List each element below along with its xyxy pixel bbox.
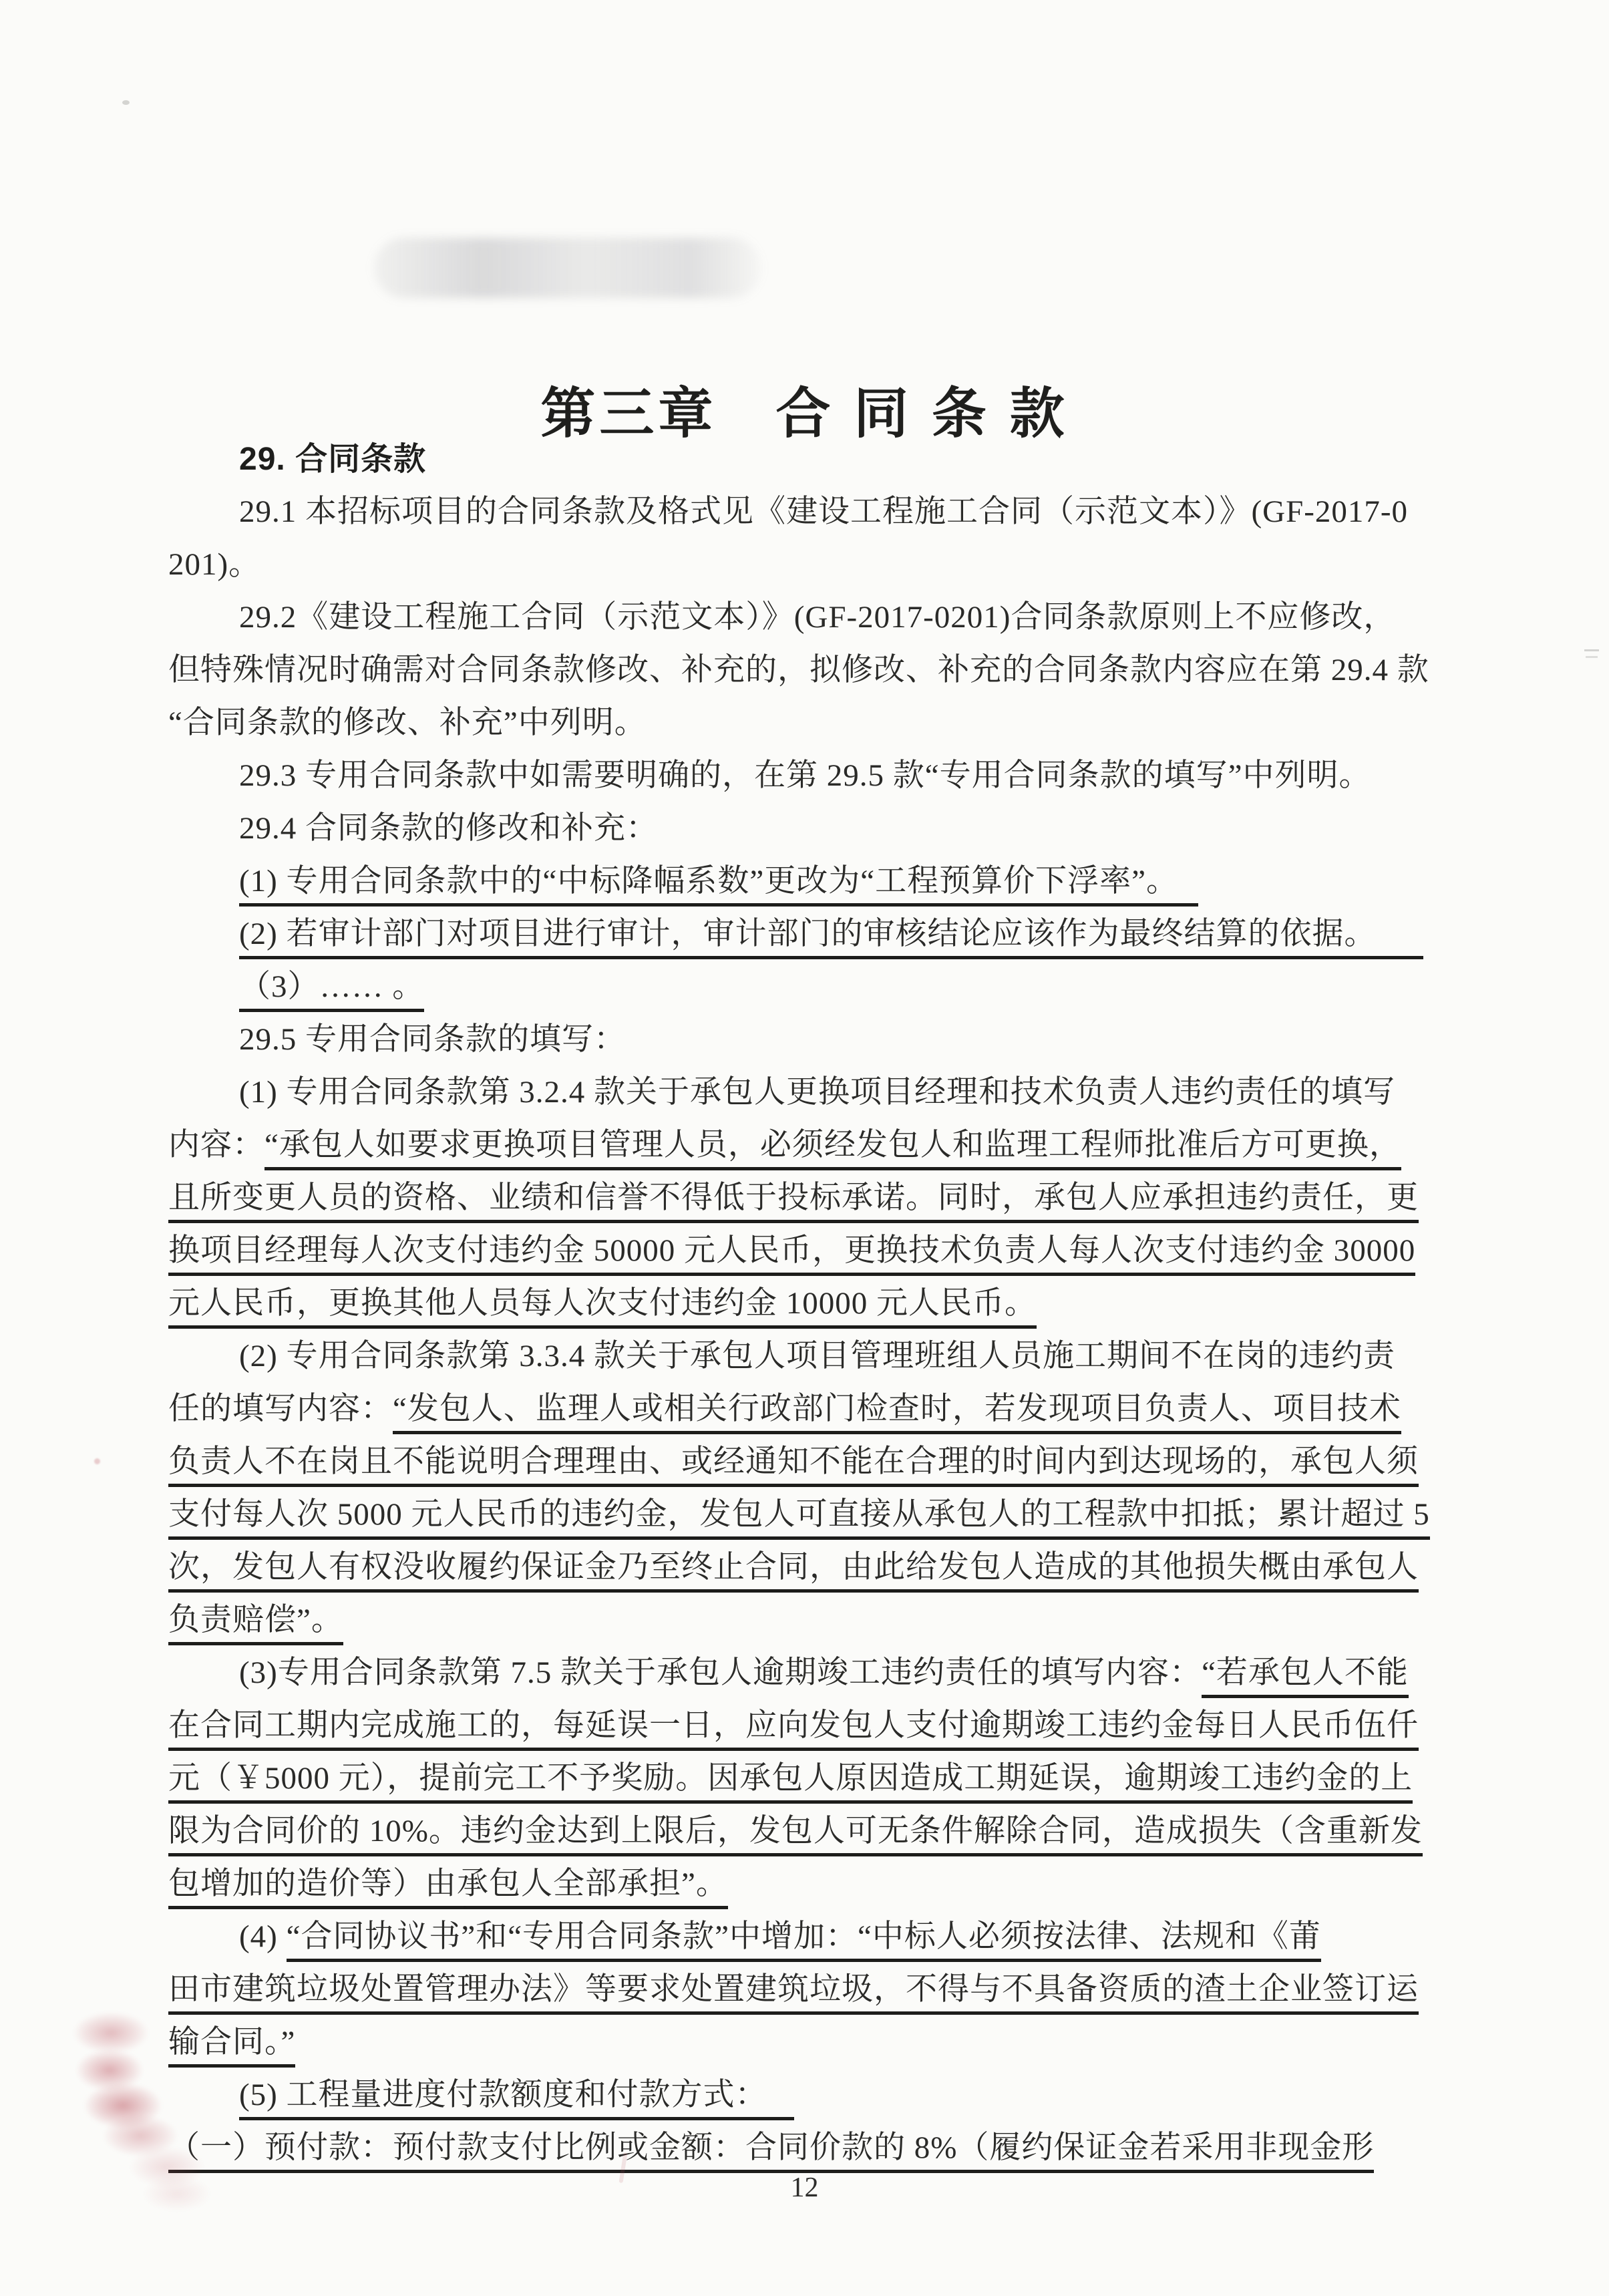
text-line: (2) 专用合同条款第 3.3.4 款关于承包人项目管理班组人员施工期间不在岗的… bbox=[168, 1330, 1503, 1383]
text-line: 29.3 专用合同条款中如需要明确的，在第 29.5 款“专用合同条款的填写”中… bbox=[168, 750, 1503, 802]
document-body: 29. 合同条款29.1 本招标项目的合同条款及格式见《建设工程施工合同（示范文… bbox=[168, 433, 1503, 2174]
text-line: 次，发包人有权没收履约保证金乃至终止合同，由此给发包人造成的其他损失概由承包人 bbox=[168, 1541, 1503, 1594]
underlined-text: 包增加的造价等）由承包人全部承担”。 bbox=[168, 1866, 728, 1909]
scan-speck bbox=[122, 100, 130, 105]
text-segment: (4) bbox=[239, 1919, 287, 1954]
text-segment: 内容： bbox=[168, 1128, 264, 1162]
text-line: 在合同工期内完成施工的，每延误一日，应向发包人支付逾期竣工违约金每日人民币伍仟 bbox=[168, 1699, 1503, 1752]
text-segment: 201)。 bbox=[168, 547, 260, 582]
text-line: 元（￥5000 元），提前完工不予奖励。因承包人原因造成工期延误，逾期竣工违约金… bbox=[168, 1752, 1503, 1805]
scan-speck bbox=[1584, 649, 1599, 651]
underlined-text: “合同协议书”和“专用合同条款”中增加：“中标人必须按法律、法规和《莆 bbox=[287, 1919, 1321, 1962]
text-line: 田市建筑垃圾处置管理办法》等要求处置建筑垃圾，不得与不具备资质的渣土企业签订运 bbox=[168, 1963, 1503, 2016]
text-segment: (1) 专用合同条款第 3.2.4 款关于承包人更换项目经理和技术负责人违约责任… bbox=[239, 1075, 1395, 1110]
text-line: (2) 若审计部门对项目进行审计，审计部门的审核结论应该作为最终结算的依据。 bbox=[168, 908, 1503, 961]
text-segment: 任的填写内容： bbox=[168, 1391, 393, 1426]
text-line: 负责赔偿”。 bbox=[168, 1594, 1503, 1647]
underlined-text: 负责人不在岗且不能说明合理理由、或经通知不能在合理的时间内到达现场的，承包人须 bbox=[168, 1444, 1419, 1487]
scan-smudge-watermark bbox=[374, 238, 761, 298]
text-line: 限为合同价的 10%。违约金达到上限后，发包人可无条件解除合同，造成损失（含重新… bbox=[168, 1805, 1503, 1858]
underlined-text: 元人民币，更换其他人员每人次支付违约金 10000 元人民币。 bbox=[168, 1286, 1037, 1329]
text-line: （3）…… 。 bbox=[168, 961, 1503, 1013]
underlined-text: 限为合同价的 10%。违约金达到上限后，发包人可无条件解除合同，造成损失（含重新… bbox=[168, 1814, 1423, 1856]
underlined-text: （3）…… 。 bbox=[239, 969, 424, 1012]
text-line: (1) 专用合同条款第 3.2.4 款关于承包人更换项目经理和技术负责人违约责任… bbox=[168, 1066, 1503, 1119]
underlined-text: 元（￥5000 元），提前完工不予奖励。因承包人原因造成工期延误，逾期竣工违约金… bbox=[168, 1761, 1413, 1804]
document-page: 第三章 合 同 条 款 29. 合同条款29.1 本招标项目的合同条款及格式见《… bbox=[0, 0, 1609, 2296]
text-line: 29.1 本招标项目的合同条款及格式见《建设工程施工合同（示范文本）》(GF-2… bbox=[168, 486, 1503, 538]
scan-speck bbox=[94, 1458, 100, 1464]
text-line: (4) “合同协议书”和“专用合同条款”中增加：“中标人必须按法律、法规和《莆 bbox=[168, 1911, 1503, 1963]
stamp-blob bbox=[73, 2012, 148, 2054]
text-line: 任的填写内容：“发包人、监理人或相关行政部门检查时，若发现项目负责人、项目技术 bbox=[168, 1383, 1503, 1436]
text-segment: (2) 专用合同条款第 3.3.4 款关于承包人项目管理班组人员施工期间不在岗的… bbox=[239, 1339, 1395, 1373]
text-line: 换项目经理每人次支付违约金 50000 元人民币，更换技术负责人每人次支付违约金… bbox=[168, 1224, 1503, 1277]
underlined-text: “承包人如要求更换项目管理人员，必须经发包人和监理工程师批准后方可更换， bbox=[264, 1128, 1401, 1170]
underlined-text: 换项目经理每人次支付违约金 50000 元人民币，更换技术负责人每人次支付违约金… bbox=[168, 1233, 1415, 1276]
text-segment: 29.3 专用合同条款中如需要明确的，在第 29.5 款“专用合同条款的填写”中… bbox=[239, 758, 1371, 793]
text-line: 29. 合同条款 bbox=[168, 433, 1503, 486]
text-segment: 但特殊情况时确需对合同条款修改、补充的，拟修改、补充的合同条款内容应在第 29.… bbox=[168, 653, 1429, 687]
text-line: 29.4 合同条款的修改和补充： bbox=[168, 802, 1503, 855]
underlined-text: 负责赔偿”。 bbox=[168, 1603, 343, 1645]
text-line: “合同条款的修改、补充”中列明。 bbox=[168, 697, 1503, 750]
text-line: 且所变更人员的资格、业绩和信誉不得低于投标承诺。同时，承包人应承担违约责任，更 bbox=[168, 1172, 1503, 1224]
scan-speck bbox=[1586, 656, 1598, 658]
underlined-text: 支付每人次 5000 元人民币的违约金，发包人可直接从承包人的工程款中扣抵；累计… bbox=[168, 1497, 1430, 1540]
text-line: 29.5 专用合同条款的填写： bbox=[168, 1013, 1503, 1066]
underlined-text: (1) 专用合同条款中的“中标降幅系数”更改为“工程预算价下浮率”。 bbox=[239, 864, 1198, 907]
text-line: (1) 专用合同条款中的“中标降幅系数”更改为“工程预算价下浮率”。 bbox=[168, 855, 1503, 908]
underlined-text: 且所变更人员的资格、业绩和信誉不得低于投标承诺。同时，承包人应承担违约责任，更 bbox=[168, 1180, 1419, 1223]
text-line: 内容：“承包人如要求更换项目管理人员，必须经发包人和监理工程师批准后方可更换， bbox=[168, 1119, 1503, 1172]
text-line: (3)专用合同条款第 7.5 款关于承包人逾期竣工违约责任的填写内容：“若承包人… bbox=[168, 1647, 1503, 1699]
underlined-text: “若承包人不能 bbox=[1202, 1655, 1409, 1698]
text-line: 包增加的造价等）由承包人全部承担”。 bbox=[168, 1858, 1503, 1911]
text-line: 负责人不在岗且不能说明合理理由、或经通知不能在合理的时间内到达现场的，承包人须 bbox=[168, 1436, 1503, 1488]
underlined-text: (5) 工程量进度付款额度和付款方式： bbox=[239, 2078, 794, 2120]
underlined-text: 次，发包人有权没收履约保证金乃至终止合同，由此给发包人造成的其他损失概由承包人 bbox=[168, 1550, 1419, 1593]
text-line: 201)。 bbox=[168, 538, 1503, 591]
text-line: (5) 工程量进度付款额度和付款方式： bbox=[168, 2069, 1503, 2122]
text-line: 支付每人次 5000 元人民币的违约金，发包人可直接从承包人的工程款中扣抵；累计… bbox=[168, 1488, 1503, 1541]
underlined-text: (2) 若审计部门对项目进行审计，审计部门的审核结论应该作为最终结算的依据。 bbox=[239, 917, 1423, 959]
underlined-text: 田市建筑垃圾处置管理办法》等要求处置建筑垃圾，不得与不具备资质的渣土企业签订运 bbox=[168, 1972, 1419, 2015]
text-segment: 29.5 专用合同条款的填写： bbox=[239, 1022, 626, 1057]
text-line: 元人民币，更换其他人员每人次支付违约金 10000 元人民币。 bbox=[168, 1277, 1503, 1330]
text-segment: 29.1 本招标项目的合同条款及格式见《建设工程施工合同（示范文本）》(GF-2… bbox=[239, 494, 1408, 529]
text-segment: “合同条款的修改、补充”中列明。 bbox=[168, 705, 647, 740]
underlined-text: 在合同工期内完成施工的，每延误一日，应向发包人支付逾期竣工违约金每日人民币伍仟 bbox=[168, 1708, 1419, 1751]
text-line: 输合同。” bbox=[168, 2016, 1503, 2069]
text-segment: 29.2《建设工程施工合同（示范文本）》(GF-2017-0201)合同条款原则… bbox=[239, 600, 1395, 635]
text-line: 29.2《建设工程施工合同（示范文本）》(GF-2017-0201)合同条款原则… bbox=[168, 591, 1503, 644]
text-segment: 29.4 合同条款的修改和补充： bbox=[239, 811, 658, 846]
page-number: 12 bbox=[0, 2164, 1609, 2211]
text-line: 但特殊情况时确需对合同条款修改、补充的，拟修改、补充的合同条款内容应在第 29.… bbox=[168, 644, 1503, 697]
text-segment: 29. 合同条款 bbox=[239, 442, 426, 477]
text-segment: (3)专用合同条款第 7.5 款关于承包人逾期竣工违约责任的填写内容： bbox=[239, 1655, 1202, 1690]
underlined-text: “发包人、监理人或相关行政部门检查时，若发现项目负责人、项目技术 bbox=[393, 1391, 1401, 1434]
